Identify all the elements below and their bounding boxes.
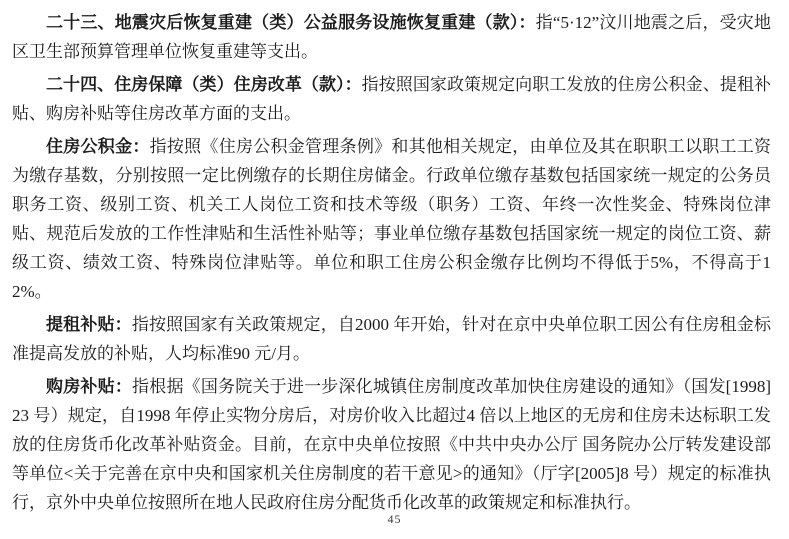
paragraph-heading: 提租补贴： (46, 315, 132, 334)
paragraph: 二十四、住房保障（类）住房改革（款）：指按照国家政策规定向职工发放的住房公积金、… (12, 70, 771, 128)
paragraph-heading: 购房补贴： (46, 377, 132, 396)
paragraph: 住房公积金：指按照《住房公积金管理条例》和其他相关规定，由单位及其在职职工以职工… (12, 132, 771, 306)
page-number: 45 (0, 512, 789, 527)
document-content: 二十三、地震灾后恢复重建（类）公益服务设施恢复重建（款）：指“5·12”汶川地震… (12, 8, 771, 521)
paragraph-heading: 住房公积金： (46, 137, 150, 156)
paragraph: 购房补贴：指根据《国务院关于进一步深化城镇住房制度改革加快住房建设的通知》（国发… (12, 372, 771, 517)
paragraph-heading: 二十四、住房保障（类）住房改革（款）： (46, 75, 362, 94)
paragraph-body: 指按照《住房公积金管理条例》和其他相关规定，由单位及其在职职工以职工工资为缴存基… (12, 137, 771, 301)
paragraph: 提租补贴：指按照国家有关政策规定，自2000 年开始，针对在京中央单位职工因公有… (12, 310, 771, 368)
document-page: 二十三、地震灾后恢复重建（类）公益服务设施恢复重建（款）：指“5·12”汶川地震… (0, 0, 789, 539)
paragraph-heading: 二十三、地震灾后恢复重建（类）公益服务设施恢复重建（款）： (46, 13, 536, 32)
paragraph-body: 指根据《国务院关于进一步深化城镇住房制度改革加快住房建设的通知》（国发[1998… (12, 377, 771, 512)
paragraph: 二十三、地震灾后恢复重建（类）公益服务设施恢复重建（款）：指“5·12”汶川地震… (12, 8, 771, 66)
